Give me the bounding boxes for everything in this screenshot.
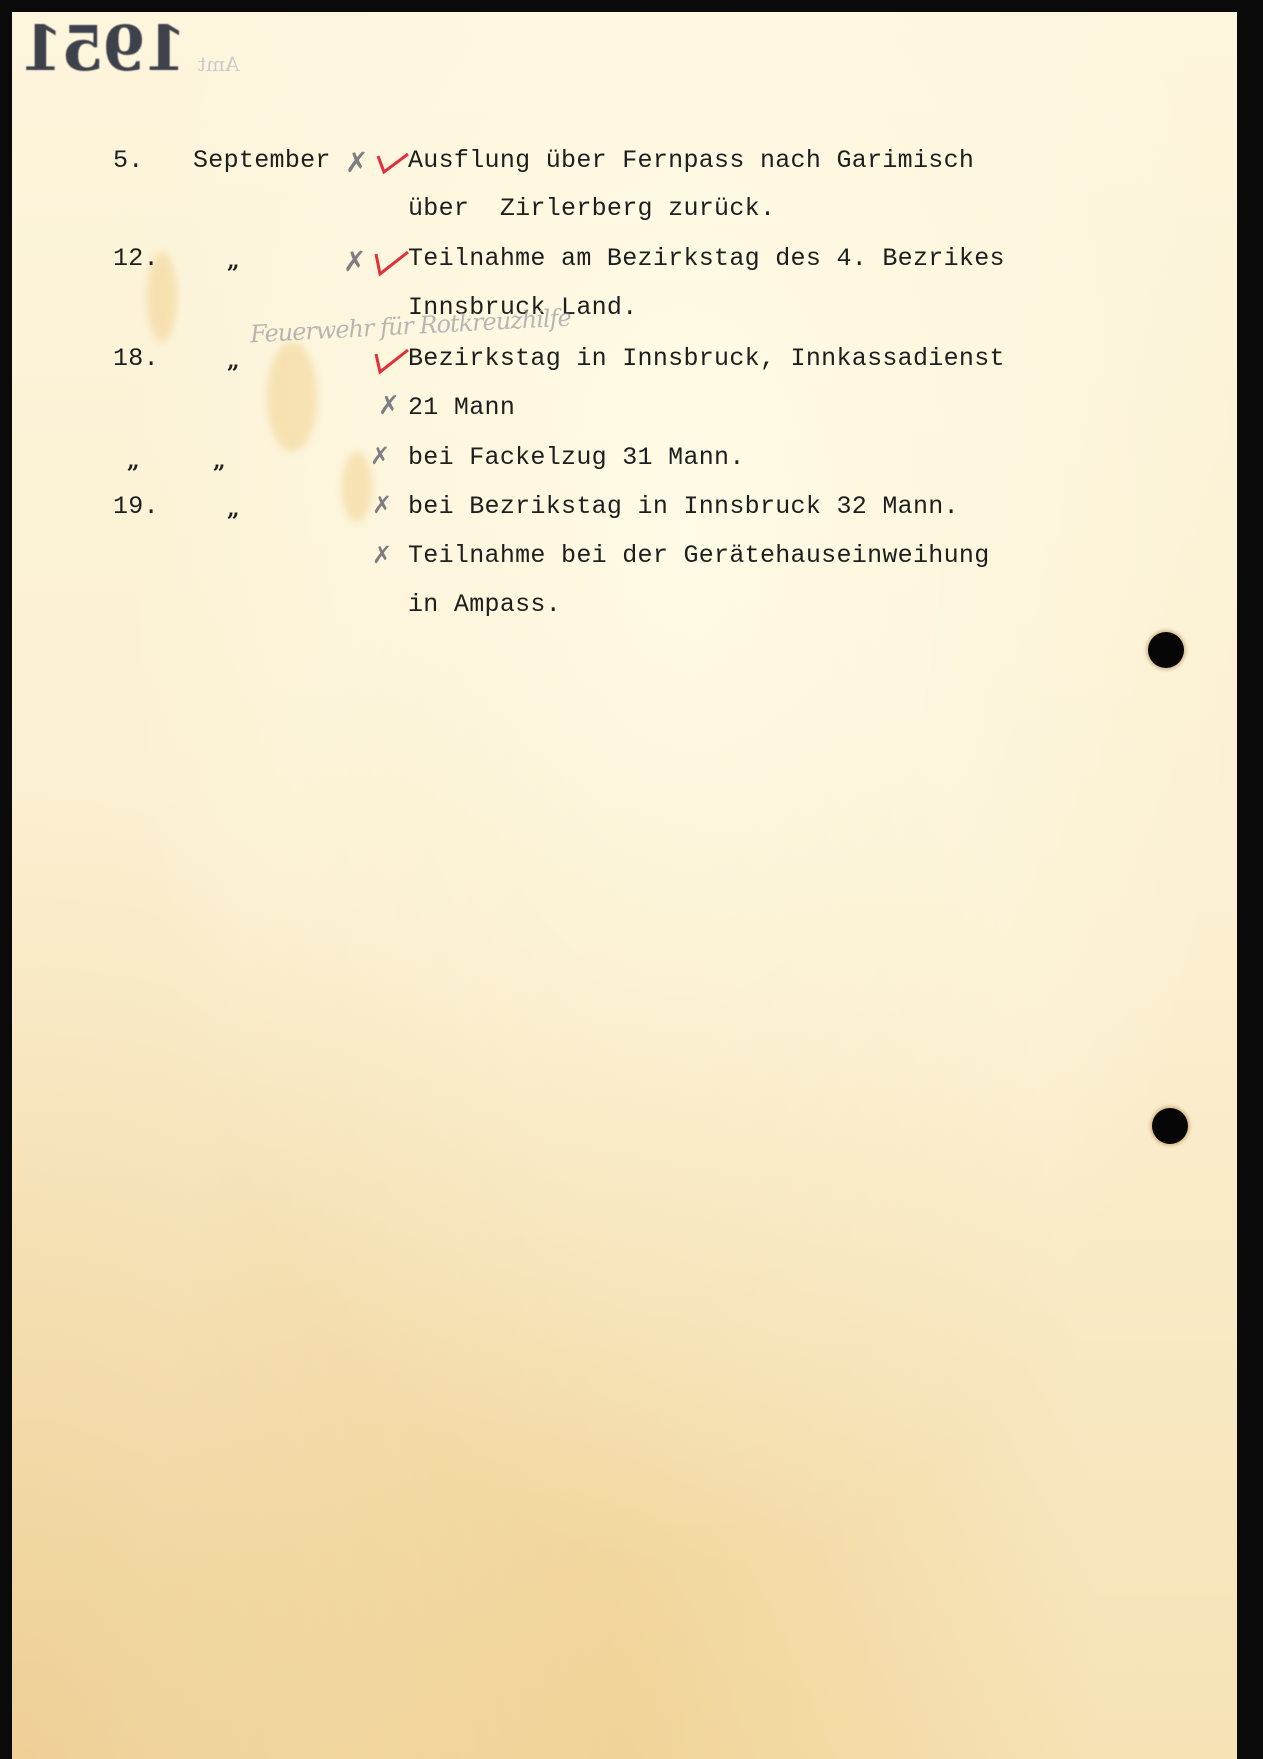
entry-description-line: Teilnahme bei der Gerätehauseinweihung <box>408 541 990 570</box>
entry-description-line: Bezirkstag in Innsbruck, Innkassadienst <box>408 344 1005 373</box>
punch-hole <box>1152 1108 1188 1144</box>
pencil-x-icon: ✗ <box>372 491 392 519</box>
entry-description-line: 21 Mann <box>408 393 515 422</box>
pencil-x-icon: ✗ <box>378 391 400 421</box>
ditto-mark: „ <box>227 348 240 374</box>
entry-description-line: bei Fackelzug 31 Mann. <box>408 443 745 472</box>
water-stain <box>342 452 372 522</box>
entry-description-line: Teilnahme am Bezirkstag des 4. Bezrikes <box>408 244 1005 273</box>
entry-description-line: bei Bezrikstag in Innsbruck 32 Mann. <box>408 492 959 521</box>
document-page <box>12 12 1237 1759</box>
entry-date: 19. <box>113 492 159 521</box>
pencil-x-icon: ✗ <box>370 442 390 470</box>
pencil-x-icon: ✗ <box>372 541 392 569</box>
pencil-x-icon: ✗ <box>343 245 366 278</box>
red-check-icon <box>372 246 410 278</box>
entry-month: September <box>193 146 331 175</box>
entry-description-line: in Ampass. <box>408 590 561 619</box>
punch-hole <box>1148 632 1184 668</box>
ditto-mark: „ <box>213 448 226 474</box>
red-check-icon <box>372 344 410 376</box>
entry-date: 18. <box>113 344 159 373</box>
ditto-mark: „ <box>227 496 240 522</box>
entry-date: 12. <box>113 244 159 273</box>
bleed-through-text: Amt <box>198 52 239 76</box>
pencil-x-icon: ✗ <box>345 146 368 179</box>
archive-stamp-number: 1951 <box>22 12 187 85</box>
ditto-mark: „ <box>227 248 240 274</box>
entry-description-line: über Zirlerberg zurück. <box>408 194 775 223</box>
entry-description-line: Ausflung über Fernpass nach Garimisch <box>408 146 974 175</box>
ditto-mark: „ <box>127 448 140 474</box>
entry-date: 5. <box>113 146 144 175</box>
water-stain <box>267 342 317 452</box>
red-check-icon <box>376 146 410 176</box>
